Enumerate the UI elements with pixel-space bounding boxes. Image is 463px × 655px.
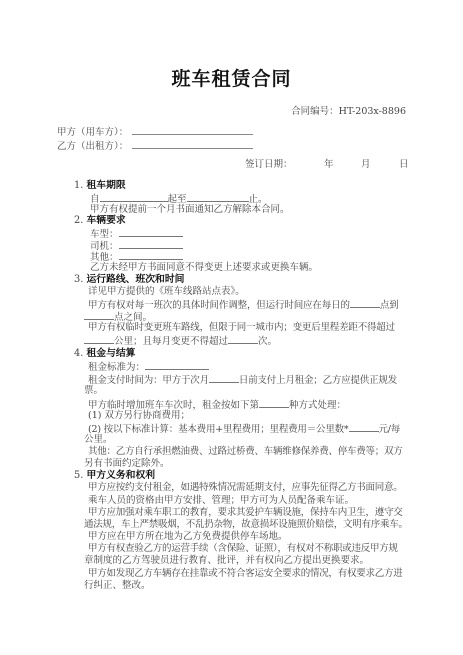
text-line: 其他：乙方自行承担燃油费、过路过桥费、车辆维修保养费、停车费等；双方	[88, 446, 403, 458]
driver-blank[interactable]	[119, 239, 183, 249]
sign-day: 日	[399, 156, 409, 170]
text-line: 另有书面约定除外。	[84, 458, 170, 470]
text-line: 甲方应加强对乘车职工的教育，要求其爱护车辆设施，保持车内卫生，遵守交	[88, 507, 403, 519]
text-line: 甲方有权查验乙方的运营手续（含保险、证照），有权对不称职或违反甲方规	[88, 543, 398, 555]
section-title: 甲方义务和权利	[86, 470, 155, 481]
party-b-label: 乙方（出租方）：	[57, 141, 128, 152]
section-title: 车辆要求	[86, 215, 125, 226]
party-b-blank[interactable]	[132, 139, 253, 149]
party-a-blank[interactable]	[132, 125, 253, 135]
sign-date-label: 签订日期：	[245, 156, 293, 170]
section-heading: 4. 租金与结算	[74, 348, 135, 360]
text-line: 章制度的乙方驾驶员进行教育、批评，并有权向乙方提出更换要求。	[84, 555, 369, 567]
sign-month: 月	[361, 156, 371, 170]
start-hour-blank[interactable]	[350, 298, 380, 308]
text-line: (2) 按以下标准计算：基本费用+里程费用；里程费用＝公里数*元/每	[88, 422, 400, 436]
payment-day-blank[interactable]	[209, 373, 239, 383]
text-line: 票。	[84, 385, 103, 397]
text-line: 详见甲方提供的《班车线路站点表》。	[88, 286, 245, 298]
text-line: 公里；且每月变更不得超过次。	[84, 334, 277, 348]
section-heading: 3. 运行路线、班次和时间	[74, 274, 184, 286]
end-date-blank[interactable]	[187, 192, 249, 202]
text-line: 通法规，车上严禁吸烟，不乱扔杂物，故意损坏设施照价赔偿，文明有序乘车。	[84, 519, 408, 531]
section-title: 租车期限	[86, 180, 125, 191]
party-a-row: 甲方（用车方）：	[57, 124, 253, 138]
text-line: 乘车人员的资格由甲方安排、管理；甲方可为人员配备乘车证。	[88, 495, 354, 507]
text-line: 乙方未经甲方书面同意不得变更上述要求或更换车辆。	[90, 262, 318, 274]
text-line: 租金支付时间为：甲方于次月日前支付上月租金；乙方应提供正规发	[88, 373, 397, 387]
text-line: (1) 双方另行协商费用；	[88, 410, 190, 422]
contract-number: 合同编号：HT-203x-8896	[291, 103, 406, 117]
text-line: 甲方如发现乙方车辆存在挂靠或不符合客运安全要求的情况，有权要求乙方进	[88, 568, 403, 580]
text-line: 行纠正、整改。	[84, 580, 151, 592]
text-line: 公里。	[84, 434, 113, 446]
monthly-times-blank[interactable]	[228, 334, 258, 344]
section-heading: 2. 车辆要求	[74, 215, 126, 227]
rent-standard-blank[interactable]	[145, 360, 209, 370]
km-limit-blank[interactable]	[84, 334, 114, 344]
section-title: 运行路线、班次和时间	[86, 274, 184, 285]
party-a-label: 甲方（用车方）：	[57, 127, 128, 138]
contract-page: 班车租赁合同 合同编号：HT-203x-8896 甲方（用车方）： 乙方（出租方…	[0, 0, 463, 655]
end-hour-blank[interactable]	[84, 310, 114, 320]
section-heading: 1. 租车期限	[74, 180, 126, 192]
section-title: 租金与结算	[86, 348, 135, 359]
section-heading: 5. 甲方义务和权利	[74, 470, 155, 482]
method-choice-blank[interactable]	[259, 398, 289, 408]
text-line: 租金标准为：	[88, 360, 209, 374]
start-date-blank[interactable]	[100, 192, 168, 202]
sign-year: 年	[324, 156, 334, 170]
text-line: 甲方应在甲方所在地为乙方免费提供停车场地。	[88, 531, 288, 543]
party-b-row: 乙方（出租方）：	[57, 138, 253, 152]
text-line: 甲方应按约支付租金，如遇特殊情况需延期支付，应事先征得乙方书面同意。	[88, 482, 403, 494]
vehicle-type-blank[interactable]	[119, 227, 183, 237]
other-blank[interactable]	[119, 250, 183, 260]
per-km-price-blank[interactable]	[349, 422, 379, 432]
text-line: 甲方有权临时变更班车路线，但限于同一城市内；变更后里程差距不得超过	[88, 322, 395, 334]
document-title: 班车租赁合同	[0, 64, 463, 91]
